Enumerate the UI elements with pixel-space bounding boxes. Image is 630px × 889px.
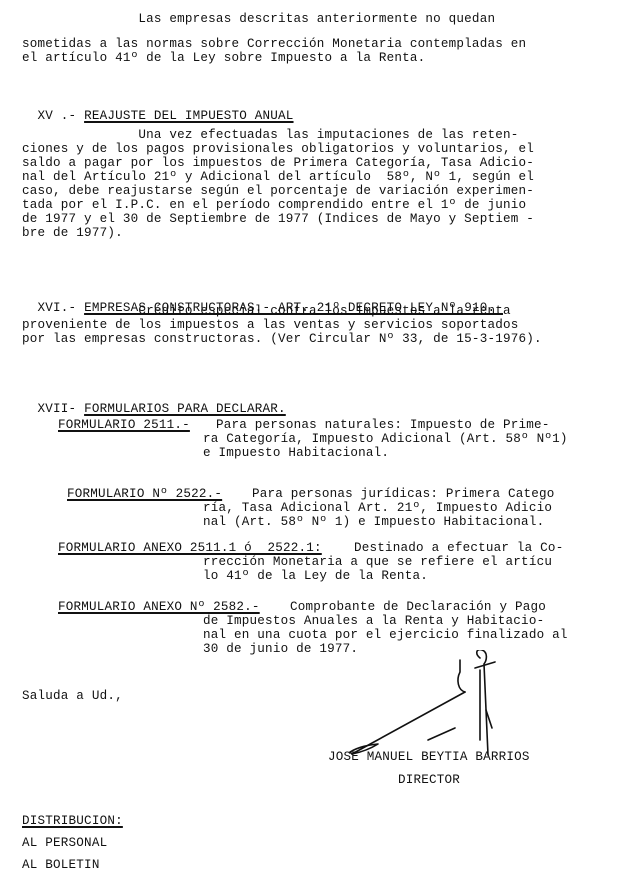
- distribution-recipient: AL BOLETIN: [22, 858, 100, 872]
- form-description-line: nal en una cuota por el ejercicio finali…: [203, 628, 568, 642]
- form-description-line: de Impuestos Anuales a la Renta y Habita…: [203, 614, 544, 628]
- section-xvi-line: proveniente de los impuestos a las venta…: [22, 318, 518, 332]
- distribution-recipient: AL PERSONAL: [22, 836, 107, 850]
- section-xv-line: tada por el I.P.C. en el período compren…: [22, 198, 526, 212]
- form-label: FORMULARIO Nº 2522.-: [67, 487, 222, 501]
- section-xv-line: de 1977 y el 30 de Septiembre de 1977 (I…: [22, 212, 534, 226]
- signatory-title: DIRECTOR: [398, 773, 460, 787]
- section-number: XV .-: [38, 109, 77, 123]
- form-label: FORMULARIO ANEXO Nº 2582.-: [58, 600, 260, 614]
- greeting: Saluda a Ud.,: [22, 689, 123, 703]
- form-label: FORMULARIO ANEXO 2511.1 ó 2522.1:: [58, 541, 322, 555]
- section-title: REAJUSTE DEL IMPUESTO ANUAL: [84, 109, 293, 123]
- section-xv-heading: XV .- REAJUSTE DEL IMPUESTO ANUAL: [22, 95, 294, 123]
- signatory-name: JOSE MANUEL BEYTIA BARRIOS: [328, 750, 530, 764]
- form-description-line: 30 de junio de 1977.: [203, 642, 358, 656]
- section-xvi-line: Crédito especial contra los impuestos a …: [22, 304, 511, 318]
- distribution-heading: DISTRIBUCION:: [22, 814, 123, 828]
- signature-icon: [340, 650, 570, 765]
- section-xvii-heading: XVII- FORMULARIOS PARA DECLARAR.: [22, 388, 286, 416]
- section-xv-line: saldo a pagar por los impuestos de Prime…: [22, 156, 534, 170]
- form-description-line: Para personas naturales: Impuesto de Pri…: [216, 418, 550, 432]
- form-label: FORMULARIO 2511.-: [58, 418, 190, 432]
- form-description-line: e Impuesto Habitacional.: [203, 446, 389, 460]
- form-description-line: lo 41º de la Ley de la Renta.: [203, 569, 428, 583]
- form-description-line: Para personas jurídicas: Primera Catego: [252, 487, 555, 501]
- intro-line: el artículo 41º de la Ley sobre Impuesto…: [22, 51, 425, 65]
- intro-line: sometidas a las normas sobre Corrección …: [22, 37, 526, 51]
- section-xv-line: bre de 1977).: [22, 226, 123, 240]
- section-xv-line: ciones y de los pagos provisionales obli…: [22, 142, 534, 156]
- form-description-line: Comprobante de Declaración y Pago: [290, 600, 546, 614]
- section-xv-line: nal del Artículo 21º y Adicional del art…: [22, 170, 534, 184]
- section-xv-line: caso, debe reajustarse según el porcenta…: [22, 184, 534, 198]
- form-description-line: rrección Monetaria a que se refiere el a…: [203, 555, 552, 569]
- form-description-line: Destinado a efectuar la Co-: [354, 541, 563, 555]
- form-description-line: ría, Tasa Adicional Art. 21º, Impuesto A…: [203, 501, 552, 515]
- section-title: FORMULARIOS PARA DECLARAR.: [84, 402, 286, 416]
- intro-line: Las empresas descritas anteriormente no …: [22, 12, 495, 26]
- section-number: XVII-: [38, 402, 77, 416]
- section-xv-line: Una vez efectuadas las imputaciones de l…: [22, 128, 518, 142]
- form-description-line: nal (Art. 58º Nº 1) e Impuesto Habitacio…: [203, 515, 544, 529]
- section-xvi-line: por las empresas constructoras. (Ver Cir…: [22, 332, 542, 346]
- form-description-line: ra Categoría, Impuesto Adicional (Art. 5…: [203, 432, 568, 446]
